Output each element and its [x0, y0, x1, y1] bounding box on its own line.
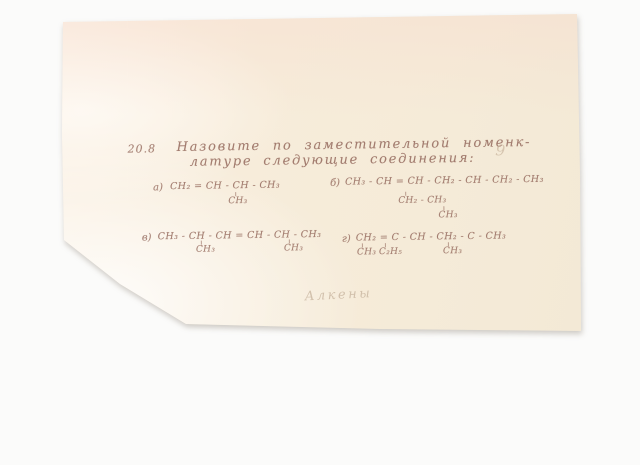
- formula-b-substituent-2: CH₃: [438, 210, 457, 220]
- formula-v-substituent-1: CH₃: [196, 244, 215, 254]
- formula-b-label: б): [330, 178, 340, 189]
- scanned-page-background: { "document": { "task_number": "20.8", "…: [0, 0, 640, 465]
- heading-line-2: латуре следующие соединения:: [190, 151, 476, 170]
- formula-v-substituent-2: CH₃: [284, 243, 303, 253]
- formula-a-substituent: CH₃: [228, 196, 247, 206]
- formula-b-substituent-1: CH₂ - CH₃: [398, 195, 446, 206]
- formula-v-label: в): [142, 232, 152, 243]
- formula-g-substituent-1: CH₃: [357, 247, 376, 257]
- formula-g-label: г): [342, 234, 351, 245]
- handwritten-content: 20.8 Назовите по заместительной номенк- …: [0, 0, 640, 465]
- formula-g-substituent-2: C₂H₅: [379, 247, 402, 257]
- formula-a-main-chain: CH₂ = CH - CH - CH₃: [170, 180, 280, 193]
- formula-b-main-chain: CH₃ - CH = CH - CH₂ - CH - CH₂ - CH₃: [345, 174, 544, 188]
- formula-v-main-chain: CH₃ - CH - CH = CH - CH - CH₃: [158, 229, 322, 242]
- task-number: 20.8: [127, 142, 156, 155]
- pencil-note: Алкены: [304, 286, 372, 304]
- formula-g-main-chain: CH₂ = C - CH - CH₂ - C - CH₃: [356, 230, 507, 243]
- formula-g-substituent-3: CH₃: [443, 246, 462, 256]
- formula-a-label: а): [153, 182, 163, 193]
- page-number-mark: 9: [495, 141, 506, 160]
